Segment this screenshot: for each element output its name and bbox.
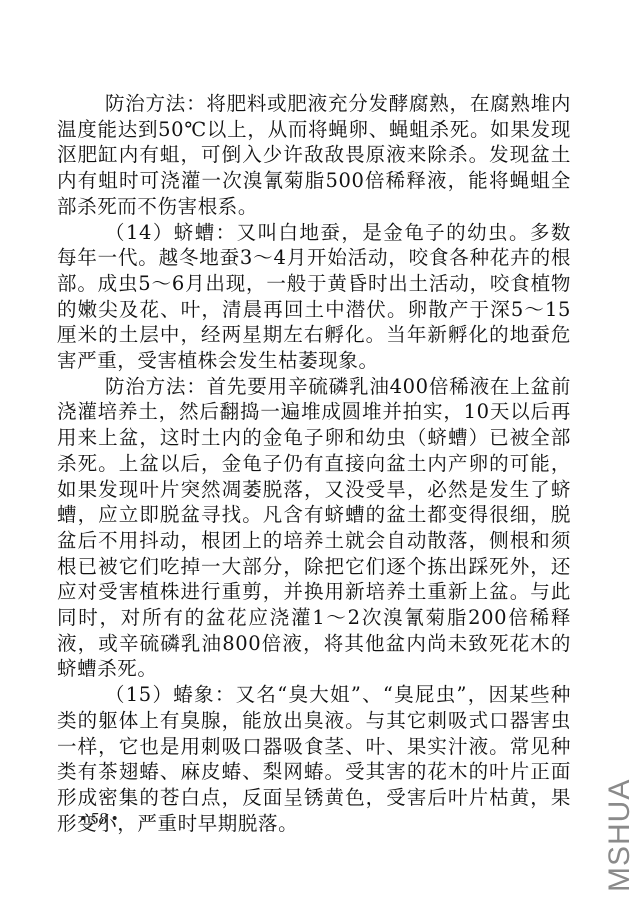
paragraph-stinkbug-description: （15）蝽象：又名“臭大姐”、“臭屁虫”，因某些种类的躯体上有臭腺，能放出臭液。… <box>57 682 571 836</box>
paragraph-grub-control-method: 防治方法：首先要用辛硫磷乳油400倍稀液在上盆前浇灌培养土，然后翻捣一遍堆成圆堆… <box>57 374 571 682</box>
page-number: • 58 • <box>80 809 117 829</box>
page-body: 防治方法：将肥料或肥液充分发酵腐熟，在腐熟堆内温度能达到50℃以上，从而将蝇卵、… <box>57 91 571 836</box>
watermark: MSHUA <box>606 792 634 892</box>
paragraph-grub-description: （14）蛴螬：又叫白地蚕，是金龟子的幼虫。多数每年一代。越冬地蚕3～4月开始活动… <box>57 220 571 374</box>
paragraph-fly-control-method: 防治方法：将肥料或肥液充分发酵腐熟，在腐熟堆内温度能达到50℃以上，从而将蝇卵、… <box>57 91 571 220</box>
